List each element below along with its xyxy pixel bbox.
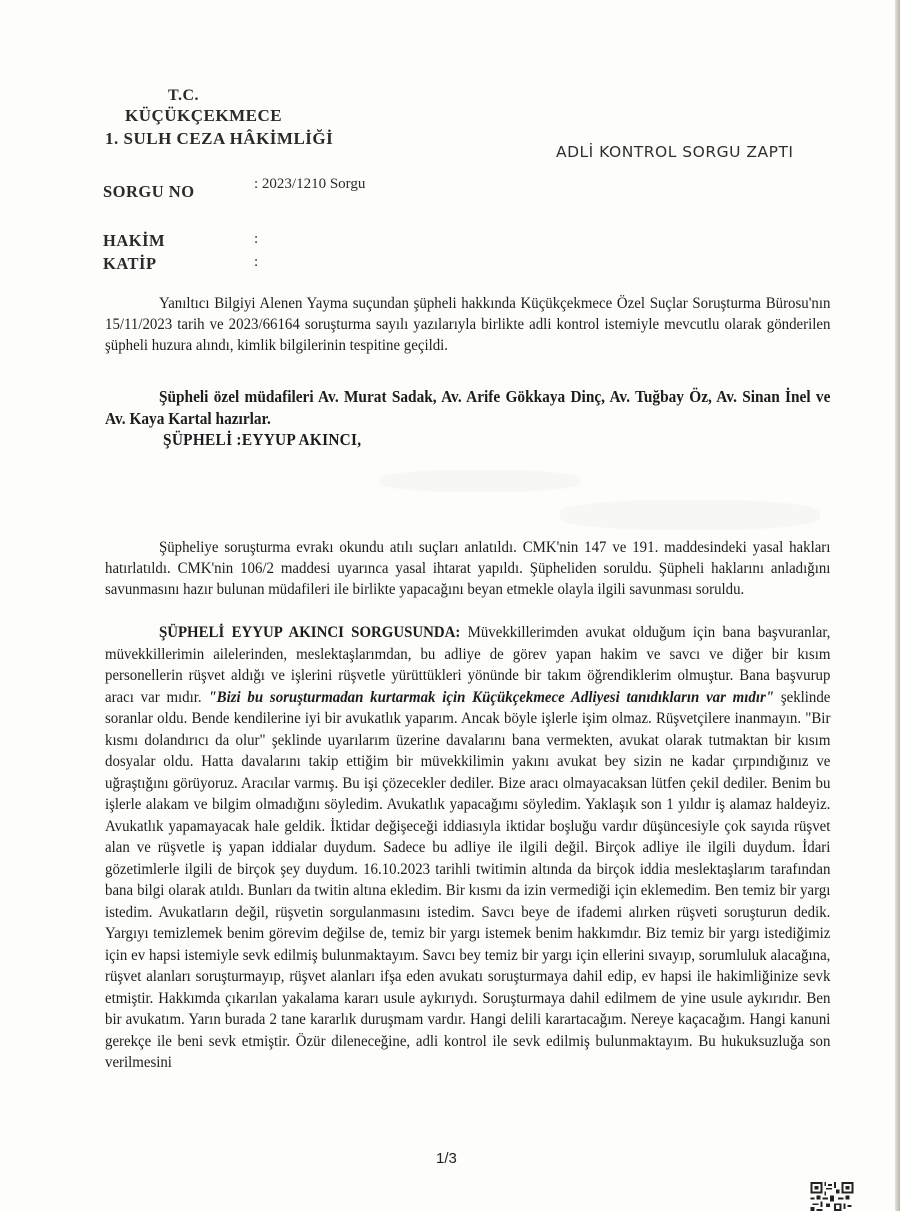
statement-paragraph: ŞÜPHELİ EYYUP AKINCI SORGUSUNDA: Müvekki… bbox=[105, 622, 830, 1074]
document-title: ADLİ KONTROL SORGU ZAPTI bbox=[556, 143, 793, 161]
court-heading: 1. SULH CEZA HÂKİMLİĞİ bbox=[105, 129, 333, 149]
city-heading: KÜÇÜKÇEKMECE bbox=[125, 106, 282, 126]
procedure-paragraph: Şüpheliye soruşturma evrakı okundu atılı… bbox=[105, 537, 830, 601]
suspect-line: ŞÜPHELİ :EYYUP AKINCI, bbox=[163, 430, 361, 450]
intro-text: Yanıltıcı Bilgiyi Alenen Yayma suçundan … bbox=[105, 293, 830, 357]
page-edge bbox=[895, 0, 900, 1211]
lawyers-text: Şüpheli özel müdafileri Av. Murat Sadak,… bbox=[105, 386, 830, 430]
katip-value: : bbox=[254, 254, 258, 271]
scan-smudge bbox=[560, 500, 820, 530]
hakim-value: : bbox=[254, 231, 258, 248]
page-number: 1/3 bbox=[436, 1150, 457, 1167]
intro-paragraph: Yanıltıcı Bilgiyi Alenen Yayma suçundan … bbox=[105, 293, 830, 357]
statement-quote: "Bizi bu soruşturmadan kurtarmak için Kü… bbox=[208, 689, 774, 706]
statement-text: ŞÜPHELİ EYYUP AKINCI SORGUSUNDA: Müvekki… bbox=[105, 622, 830, 1074]
procedure-text: Şüpheliye soruşturma evrakı okundu atılı… bbox=[105, 537, 830, 601]
statement-heading: ŞÜPHELİ EYYUP AKINCI SORGUSUNDA: bbox=[159, 624, 460, 641]
sorgu-no-label: SORGU NO bbox=[103, 182, 195, 202]
tc-heading: T.C. bbox=[168, 87, 199, 105]
hakim-label: HAKİM bbox=[103, 231, 165, 251]
scan-smudge bbox=[380, 470, 580, 492]
katip-label: KATİP bbox=[103, 254, 157, 274]
sorgu-no-value: : 2023/1210 Sorgu bbox=[254, 176, 365, 193]
statement-part-2: şeklinde soranlar oldu. Bende kendilerin… bbox=[105, 689, 830, 1072]
qr-code-icon bbox=[810, 1182, 854, 1211]
lawyers-paragraph: Şüpheli özel müdafileri Av. Murat Sadak,… bbox=[105, 386, 830, 430]
